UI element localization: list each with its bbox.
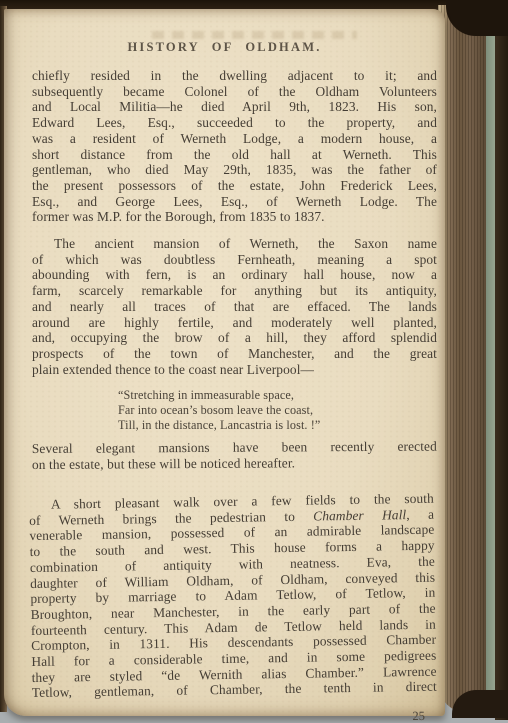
paragraph-lees-family: chiefly resided in the dwelling adjacent…	[32, 68, 437, 225]
text-line: gentleman, who died May 29th, 1835, was …	[32, 162, 437, 178]
text-line: Esq., and George Lees, Esq., of Werneth …	[32, 194, 437, 210]
text-line: Edward Lees, Esq., succeeded to the prop…	[32, 115, 437, 131]
book-page: HISTORY OF OLDHAM. chiefly resided in th…	[4, 9, 445, 716]
text-line: and Local Militia—he died April 9th, 182…	[32, 99, 437, 115]
show-through-smudge	[152, 31, 357, 39]
book-photo: HISTORY OF OLDHAM. chiefly resided in th…	[0, 0, 508, 723]
text-line: chiefly resided in the dwelling adjacent…	[32, 68, 437, 84]
text-line: on the estate, but these will be noticed…	[32, 454, 437, 472]
text-line: “Stretching in immeasurable space,	[118, 388, 429, 403]
verse-quote: “Stretching in immeasurable space,Far in…	[118, 388, 429, 432]
text-line: The ancient mansion of Werneth, the Saxo…	[32, 236, 437, 252]
book-cover-right	[495, 0, 508, 720]
text-line: Till, in the distance, Lancastria is los…	[118, 418, 429, 433]
paragraph-elegant-mansions: Several elegant mansions have been recen…	[32, 439, 437, 473]
book-cover-bottom-corner	[452, 690, 508, 718]
italic-text: Chamber Hall	[313, 506, 406, 522]
text-line: and nearly all traces of that are efface…	[32, 299, 437, 315]
paragraph-werneth-mansion: The ancient mansion of Werneth, the Saxo…	[32, 236, 437, 377]
text-line: Several elegant mansions have been recen…	[32, 439, 437, 457]
text-line: Far into ocean’s bosom leave the coast,	[118, 403, 429, 418]
text-line: short distance from the old hall at Wern…	[32, 147, 437, 163]
paragraph-chamber-hall: A short pleasant walk over a few fields …	[29, 490, 437, 700]
page-number: 25	[4, 708, 445, 723]
text-line: and, occupying the brow of a hill, they …	[32, 330, 437, 346]
text-line: farm, scarcely remarkable for anything b…	[32, 283, 437, 299]
text-line: the present possessors of the estate, Jo…	[32, 178, 437, 194]
text-line: abounding with fern, is an ordinary hall…	[32, 267, 437, 283]
text-line: was a resident of Werneth Lodge, a moder…	[32, 131, 437, 147]
text-line: former was M.P. for the Borough, from 18…	[32, 209, 437, 225]
text-line: of which was doubtless Fernheath, meanin…	[32, 252, 437, 268]
text-line: subsequently became Colonel of the Oldha…	[32, 84, 437, 100]
text-segment: , a	[406, 506, 434, 521]
text-line: around are highly fertile, and moderatel…	[32, 315, 437, 331]
text-line: plain extended thence to the coast near …	[32, 362, 437, 378]
text-line: prospects of the town of Manchester, and…	[32, 346, 437, 362]
text-block: chiefly resided in the dwelling adjacent…	[32, 68, 437, 701]
running-header: HISTORY OF OLDHAM.	[4, 40, 445, 55]
